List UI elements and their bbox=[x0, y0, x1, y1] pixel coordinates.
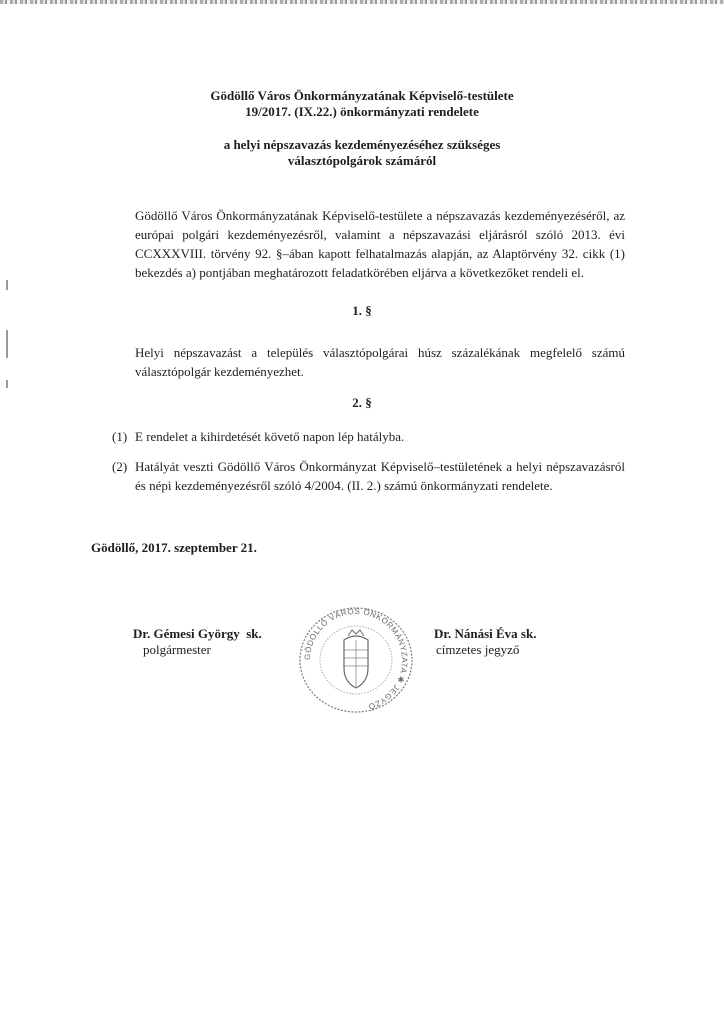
item-number: (1) bbox=[112, 427, 135, 446]
margin-punch-marks bbox=[6, 280, 9, 400]
section-2-item-2: (2) Hatályát veszti Gödöllő Város Önkorm… bbox=[112, 457, 625, 495]
coat-of-arms-seal-icon: GÖDÖLLŐ VÁROS ÖNKORMÁNYZATA ✱ JEGYZŐ bbox=[296, 606, 416, 714]
place-and-date: Gödöllő, 2017. szeptember 21. bbox=[91, 540, 257, 556]
section-2-heading: 2. § bbox=[0, 395, 724, 411]
title-line-1: Gödöllő Város Önkormányzatának Képviselő… bbox=[0, 88, 724, 104]
signer-role: polgármester bbox=[133, 642, 262, 658]
item-text: Hatályát veszti Gödöllő Város Önkormányz… bbox=[135, 457, 625, 495]
signer-name: Dr. Nánási Éva sk. bbox=[434, 626, 536, 642]
signature-mayor: Dr. Gémesi György sk. polgármester bbox=[133, 626, 262, 658]
section-1-text: Helyi népszavazást a település választóp… bbox=[135, 343, 625, 381]
section-1-heading: 1. § bbox=[0, 303, 724, 319]
signer-role: címzetes jegyző bbox=[434, 642, 536, 658]
item-text: E rendelet a kihirdetését követő napon l… bbox=[135, 427, 625, 446]
scan-edge-artifact bbox=[0, 0, 724, 4]
signer-name: Dr. Gémesi György sk. bbox=[133, 626, 262, 642]
item-number: (2) bbox=[112, 457, 135, 495]
subtitle-line-1: a helyi népszavazás kezdeményezéséhez sz… bbox=[0, 137, 724, 153]
title-line-2: 19/2017. (IX.22.) önkormányzati rendelet… bbox=[0, 104, 724, 120]
ordinance-subtitle: a helyi népszavazás kezdeményezéséhez sz… bbox=[0, 137, 724, 169]
section-2-item-1: (1) E rendelet a kihirdetését követő nap… bbox=[112, 427, 625, 446]
subtitle-line-2: választópolgárok számáról bbox=[0, 153, 724, 169]
ordinance-title: Gödöllő Város Önkormányzatának Képviselő… bbox=[0, 88, 724, 120]
official-seal-stamp: GÖDÖLLŐ VÁROS ÖNKORMÁNYZATA ✱ JEGYZŐ bbox=[296, 606, 416, 714]
signature-notary: Dr. Nánási Éva sk. címzetes jegyző bbox=[434, 626, 536, 658]
intro-paragraph: Gödöllő Város Önkormányzatának Képviselő… bbox=[135, 206, 625, 282]
